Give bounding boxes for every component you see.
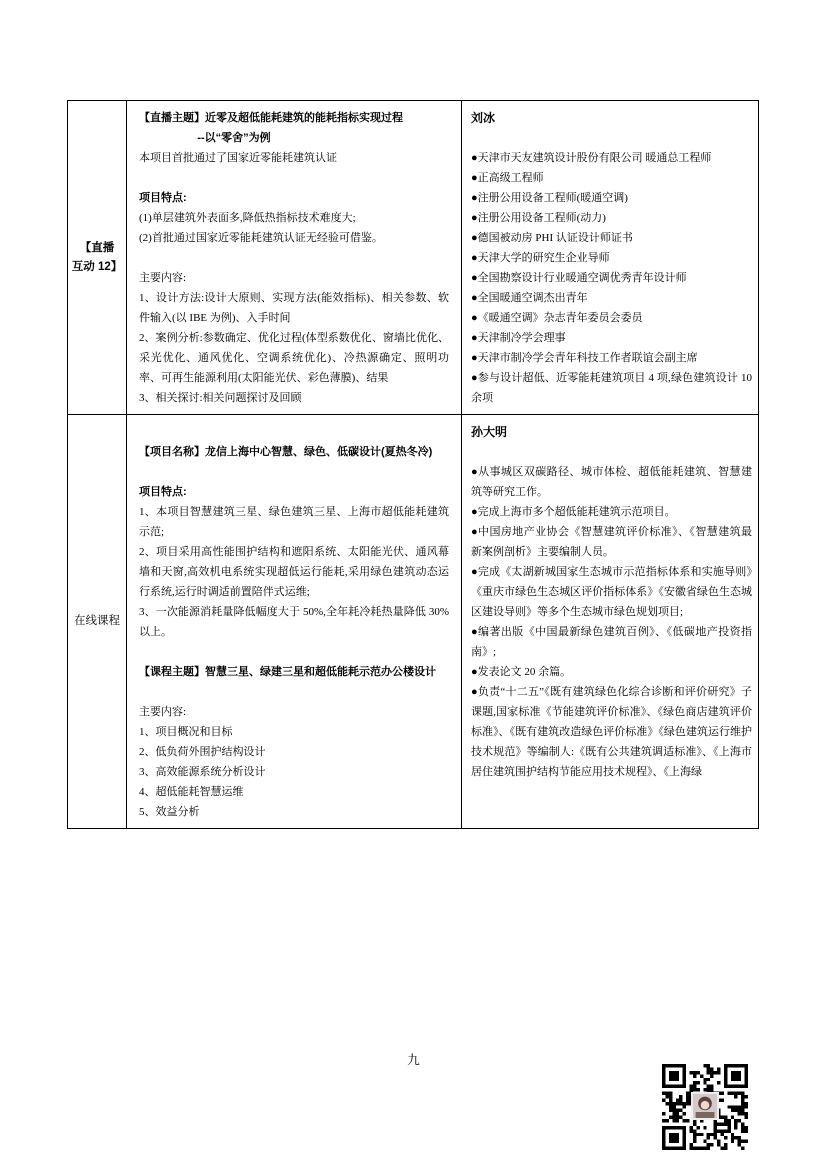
project-name-title: 【项目名称】龙信上海中心智慧、绿色、低碳设计(夏热冬冷) — [139, 442, 449, 462]
features-heading: 项目特点: — [139, 482, 449, 502]
content-heading: 主要内容: — [139, 268, 449, 288]
content-item: 3、相关探讨:相关问题探讨及回顾 — [139, 388, 449, 408]
content-item: 2、案例分析:参数确定、优化过程(体型系数优化、窗墙比优化、采光优化、通风优化、… — [139, 328, 449, 388]
content-heading: 主要内容: — [139, 702, 449, 722]
row-label-online-course: 在线课程 — [68, 415, 127, 828]
course-topic-title: 【课程主题】智慧三星、绿建三星和超低能耗示范办公楼设计 — [139, 662, 449, 682]
project-intro: 本项目首批通过了国家近零能耗建筑认证 — [139, 148, 449, 168]
row-label-live-broadcast: 【直播 互动 12】 — [68, 101, 127, 414]
expert-name: 孙大明 — [471, 422, 752, 442]
content-item: 1、设计方法:设计大原则、实现方法(能效指标)、相关参数、软件输入(以 IBE … — [139, 288, 449, 328]
row-label-line: 【直播 — [80, 239, 115, 258]
bio-bullet: ●天津大学的研究生企业导师 — [471, 248, 752, 268]
feature-item: (1)单层建筑外表面多,降低热指标技术难度大; — [139, 208, 449, 228]
bio-bullet: ●注册公用设备工程师(暖通空调) — [471, 188, 752, 208]
content-item: 4、超低能耗智慧运维 — [139, 782, 449, 802]
bio-bullet: ●编著出版《中国最新绿色建筑百例》、《低碳地产投资指南》; — [471, 622, 752, 662]
row-label-line: 互动 12】 — [72, 258, 123, 277]
broadcast-topic-title: 【直播主题】近零及超低能耗建筑的能耗指标实现过程 — [139, 108, 449, 128]
session-detail-cell: 【直播主题】近零及超低能耗建筑的能耗指标实现过程 --以“零舍”为例 本项目首批… — [127, 101, 462, 414]
bio-bullet: ●正高级工程师 — [471, 168, 752, 188]
expert-bio-cell: 刘冰 ●天津市天友建筑设计股份有限公司 暖通总工程师 ●正高级工程师 ●注册公用… — [462, 101, 758, 414]
content-item: 2、低负荷外围护结构设计 — [139, 742, 449, 762]
bio-bullet: ●全国暖通空调杰出青年 — [471, 288, 752, 308]
content-item: 1、项目概况和目标 — [139, 722, 449, 742]
avatar — [693, 1094, 717, 1118]
schedule-table: 【直播 互动 12】 【直播主题】近零及超低能耗建筑的能耗指标实现过程 --以“… — [67, 100, 759, 829]
bio-bullet: ●天津制冷学会理事 — [471, 328, 752, 348]
bio-bullet: ●参与设计超低、近零能耗建筑项目 4 项,绿色建筑设计 10 余项 — [471, 368, 752, 408]
feature-item: 3、一次能源消耗量降低幅度大于 50%,全年耗冷耗热量降低 30%以上。 — [139, 602, 449, 642]
expert-name: 刘冰 — [471, 108, 752, 128]
bio-bullet: ●完成《太湖新城国家生态城市示范指标体系和实施导则》《重庆市绿色生态城区评价指标… — [471, 562, 752, 622]
bio-bullet: ●从事城区双碳路径、城市体检、超低能耗建筑、智慧建筑等研究工作。 — [471, 462, 752, 502]
bio-bullet: ●发表论文 20 余篇。 — [471, 662, 752, 682]
bio-bullet: ●天津市制冷学会青年科技工作者联谊会副主席 — [471, 348, 752, 368]
bio-bullet: ●全国勘察设计行业暖通空调优秀青年设计师 — [471, 268, 752, 288]
content-item: 5、效益分析 — [139, 802, 449, 822]
feature-item: 2、项目采用高性能围护结构和遮阳系统、太阳能光伏、通风幕墙和天窗,高效机电系统实… — [139, 542, 449, 602]
bio-bullet: ●天津市天友建筑设计股份有限公司 暖通总工程师 — [471, 148, 752, 168]
bio-bullet: ●负责“十二五”《既有建筑绿色化综合诊断和评价研究》子课题,国家标准《节能建筑评… — [471, 682, 752, 782]
course-detail-cell: 【项目名称】龙信上海中心智慧、绿色、低碳设计(夏热冬冷) 项目特点: 1、本项目… — [127, 415, 462, 828]
table-row-online-course: 在线课程 【项目名称】龙信上海中心智慧、绿色、低碳设计(夏热冬冷) 项目特点: … — [68, 414, 758, 828]
expert-bio-cell: 孙大明 ●从事城区双碳路径、城市体检、超低能耗建筑、智慧建筑等研究工作。 ●完成… — [462, 415, 758, 828]
broadcast-topic-subtitle: --以“零舍”为例 — [139, 128, 449, 148]
feature-item: 1、本项目智慧建筑三星、绿色建筑三星、上海市超低能耗建筑示范; — [139, 502, 449, 542]
bio-bullet: ●完成上海市多个超低能耗建筑示范项目。 — [471, 502, 752, 522]
table-row-live-broadcast: 【直播 互动 12】 【直播主题】近零及超低能耗建筑的能耗指标实现过程 --以“… — [68, 101, 758, 414]
feature-item: (2)首批通过国家近零能耗建筑认证无经验可借鉴。 — [139, 228, 449, 248]
row-label-line: 在线课程 — [74, 612, 120, 631]
bio-bullet: ●《暖通空调》杂志青年委员会委员 — [471, 308, 752, 328]
document-page: 【直播 互动 12】 【直播主题】近零及超低能耗建筑的能耗指标实现过程 --以“… — [0, 0, 827, 1170]
bio-bullet: ●德国被动房 PHI 认证设计师证书 — [471, 228, 752, 248]
content-item: 3、高效能源系统分析设计 — [139, 762, 449, 782]
qr-code — [662, 1064, 748, 1150]
features-heading: 项目特点: — [139, 188, 449, 208]
qr-avatar-photo — [691, 1092, 719, 1120]
bio-bullet: ●中国房地产业协会《智慧建筑评价标准》、《智慧建筑最新案例剖析》主要编制人员。 — [471, 522, 752, 562]
bio-bullet: ●注册公用设备工程师(动力) — [471, 208, 752, 228]
